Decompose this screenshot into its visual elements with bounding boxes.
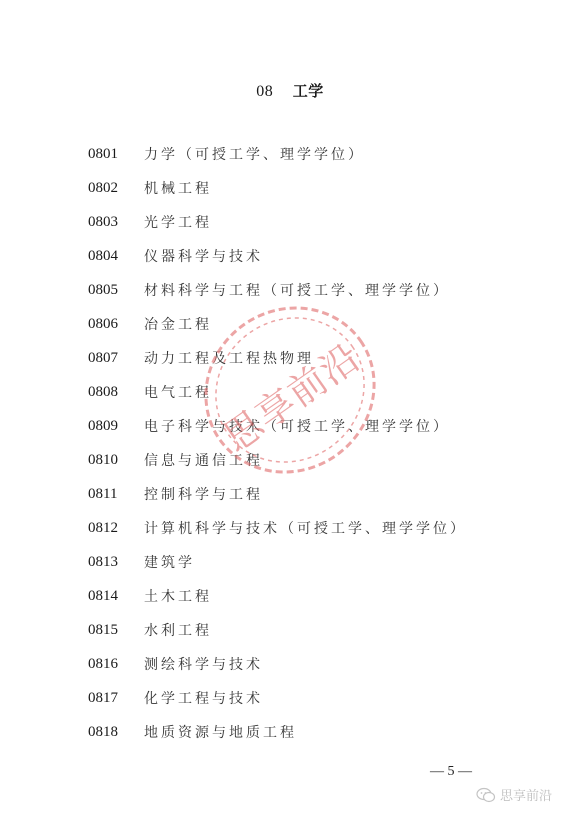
discipline-name: 力学（可授工学、理学学位） <box>144 144 365 164</box>
discipline-name: 电气工程 <box>144 382 212 402</box>
discipline-name: 化学工程与技术 <box>144 688 263 708</box>
list-item: 0811控制科学与工程 <box>88 482 263 506</box>
discipline-code: 0809 <box>88 418 144 435</box>
list-item: 0808电气工程 <box>88 380 212 404</box>
page-number: — 5 — <box>430 764 472 780</box>
list-item: 0806冶金工程 <box>88 312 212 336</box>
list-item: 0807动力工程及工程热物理 <box>88 346 314 370</box>
discipline-code: 0801 <box>88 146 144 163</box>
list-item: 0813建筑学 <box>88 550 195 574</box>
discipline-name: 测绘科学与技术 <box>144 654 263 674</box>
list-item: 0815水利工程 <box>88 618 212 642</box>
discipline-name: 冶金工程 <box>144 314 212 334</box>
list-item: 0809电子科学与技术（可授工学、理学学位） <box>88 414 450 438</box>
section-title: 08 工学 <box>0 80 580 101</box>
source-watermark: 思享前沿 <box>476 785 552 804</box>
discipline-code: 0804 <box>88 248 144 265</box>
discipline-name: 光学工程 <box>144 212 212 232</box>
list-item: 0802机械工程 <box>88 176 212 200</box>
list-item: 0804仪器科学与技术 <box>88 244 263 268</box>
category-name: 工学 <box>293 82 324 100</box>
discipline-name: 仪器科学与技术 <box>144 246 263 266</box>
source-name: 思享前沿 <box>500 785 552 804</box>
discipline-code: 0806 <box>88 316 144 333</box>
discipline-code: 0811 <box>88 486 144 503</box>
list-item: 0814土木工程 <box>88 584 212 608</box>
list-item: 0803光学工程 <box>88 210 212 234</box>
discipline-name: 信息与通信工程 <box>144 450 263 470</box>
discipline-code: 0812 <box>88 520 144 537</box>
list-item: 0801力学（可授工学、理学学位） <box>88 142 365 166</box>
discipline-name: 土木工程 <box>144 586 212 606</box>
list-item: 0816测绘科学与技术 <box>88 652 263 676</box>
discipline-name: 控制科学与工程 <box>144 484 263 504</box>
discipline-code: 0817 <box>88 690 144 707</box>
discipline-code: 0803 <box>88 214 144 231</box>
discipline-name: 地质资源与地质工程 <box>144 722 297 742</box>
discipline-code: 0807 <box>88 350 144 367</box>
discipline-code: 0814 <box>88 588 144 605</box>
discipline-name: 计算机科学与技术（可授工学、理学学位） <box>144 518 467 538</box>
discipline-code: 0802 <box>88 180 144 197</box>
discipline-code: 0818 <box>88 724 144 741</box>
watermark-text: 思享前沿 <box>205 323 376 466</box>
list-item: 0818地质资源与地质工程 <box>88 720 297 744</box>
discipline-code: 0816 <box>88 656 144 673</box>
list-item: 0805材料科学与工程（可授工学、理学学位） <box>88 278 450 302</box>
list-item: 0817化学工程与技术 <box>88 686 263 710</box>
wechat-icon <box>476 787 496 803</box>
discipline-name: 材料科学与工程（可授工学、理学学位） <box>144 280 450 300</box>
list-item: 0810信息与通信工程 <box>88 448 263 472</box>
discipline-name: 水利工程 <box>144 620 212 640</box>
discipline-code: 0810 <box>88 452 144 469</box>
category-code: 08 <box>256 83 273 100</box>
discipline-name: 动力工程及工程热物理 <box>144 348 314 368</box>
list-item: 0812计算机科学与技术（可授工学、理学学位） <box>88 516 467 540</box>
discipline-code: 0808 <box>88 384 144 401</box>
discipline-name: 建筑学 <box>144 552 195 572</box>
discipline-code: 0805 <box>88 282 144 299</box>
discipline-name: 电子科学与技术（可授工学、理学学位） <box>144 416 450 436</box>
discipline-code: 0813 <box>88 554 144 571</box>
discipline-name: 机械工程 <box>144 178 212 198</box>
discipline-code: 0815 <box>88 622 144 639</box>
